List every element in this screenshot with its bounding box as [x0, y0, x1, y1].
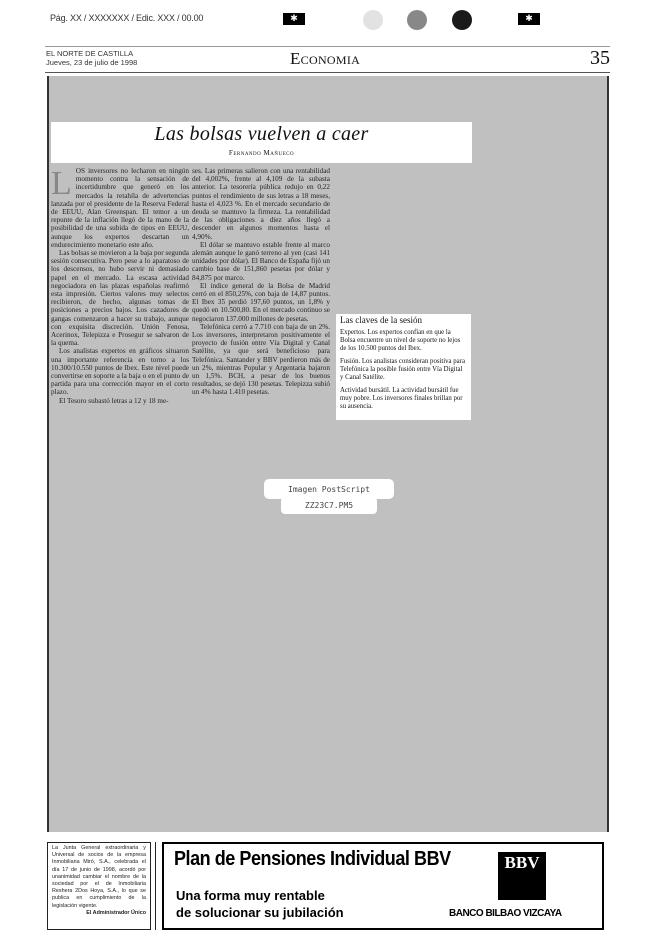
key-point: Fusión. Los analistas consideran positiv… [340, 358, 467, 382]
placeholder-filename: ZZ23C7.PM5 [281, 501, 377, 510]
ad-tagline-line1: Una forma muy rentable [176, 888, 325, 903]
article-column-1: LOS inversores no lecharon en ningún mom… [51, 167, 189, 405]
paper-name: EL NORTE DE CASTILLA [46, 49, 137, 58]
issue-date: Jueves, 23 de julio de 1998 [46, 58, 137, 67]
ad-tagline-line2: de solucionar su jubilación [176, 905, 344, 920]
logo-text: BBV [505, 853, 540, 872]
advertisement: Plan de Pensiones Individual BBV Una for… [162, 842, 604, 930]
color-swatch-light-icon [363, 10, 383, 30]
key-point: Expertos. Los expertos confían en que la… [340, 329, 467, 353]
masthead: EL NORTE DE CASTILLA Jueves, 23 de julio… [46, 49, 137, 67]
color-swatch-dark-icon [452, 10, 472, 30]
notice-signature: El Administrador Único [52, 910, 146, 917]
image-placeholder-label: Imagen PostScript [264, 479, 394, 499]
headline: Las bolsas vuelven a caer [51, 123, 472, 146]
key-point: Actividad bursátil. La actividad bursáti… [340, 387, 467, 411]
bank-name: BANCO BILBAO VIZCAYA [449, 908, 562, 919]
color-swatch-mid-icon [407, 10, 427, 30]
key-points-title: Las claves de la sesión [340, 315, 467, 325]
print-slug: Pág. XX / XXXXXXX / Edic. XXX / 00.00 [50, 13, 203, 23]
paragraph: El dólar se mantuvo estable frente al ma… [192, 241, 330, 282]
paragraph: Los analistas expertos en gráficos situa… [51, 347, 189, 396]
paragraph: El índice general de la Bolsa de Madrid … [192, 282, 330, 323]
registration-mark-icon: ✱ [518, 13, 540, 25]
image-placeholder-filename-box: ZZ23C7.PM5 [281, 497, 377, 514]
header-rule [45, 46, 610, 47]
drop-cap: L [51, 169, 72, 199]
byline: Fernando Mañueco [51, 149, 472, 157]
bbv-logo-icon: BBV [498, 852, 546, 900]
column-rule [155, 842, 156, 930]
paragraph: Telefónica cerró a 7.710 con baja de un … [192, 323, 330, 397]
section-title: Economia [290, 49, 360, 69]
notice-text: La Junta General extraordinaria y Univer… [52, 845, 146, 910]
paragraph: ses. Las primeras salieron con una renta… [192, 167, 330, 241]
page-number: 35 [590, 47, 610, 70]
paragraph: Las bolsas se movieron a la baja por seg… [51, 249, 189, 347]
paragraph: El Tesoro subastó letras a 12 y 18 me- [51, 397, 189, 405]
header-rule [45, 72, 610, 73]
article-column-2: ses. Las primeras salieron con una renta… [192, 167, 330, 397]
legal-notice: La Junta General extraordinaria y Univer… [47, 842, 151, 930]
registration-mark-icon: ✱ [283, 13, 305, 25]
key-points-box: Las claves de la sesión Expertos. Los ex… [336, 314, 471, 420]
ad-title: Plan de Pensiones Individual BBV [174, 848, 451, 871]
placeholder-title: Imagen PostScript [264, 485, 394, 494]
headline-box: Las bolsas vuelven a caer Fernando Mañue… [51, 122, 472, 163]
